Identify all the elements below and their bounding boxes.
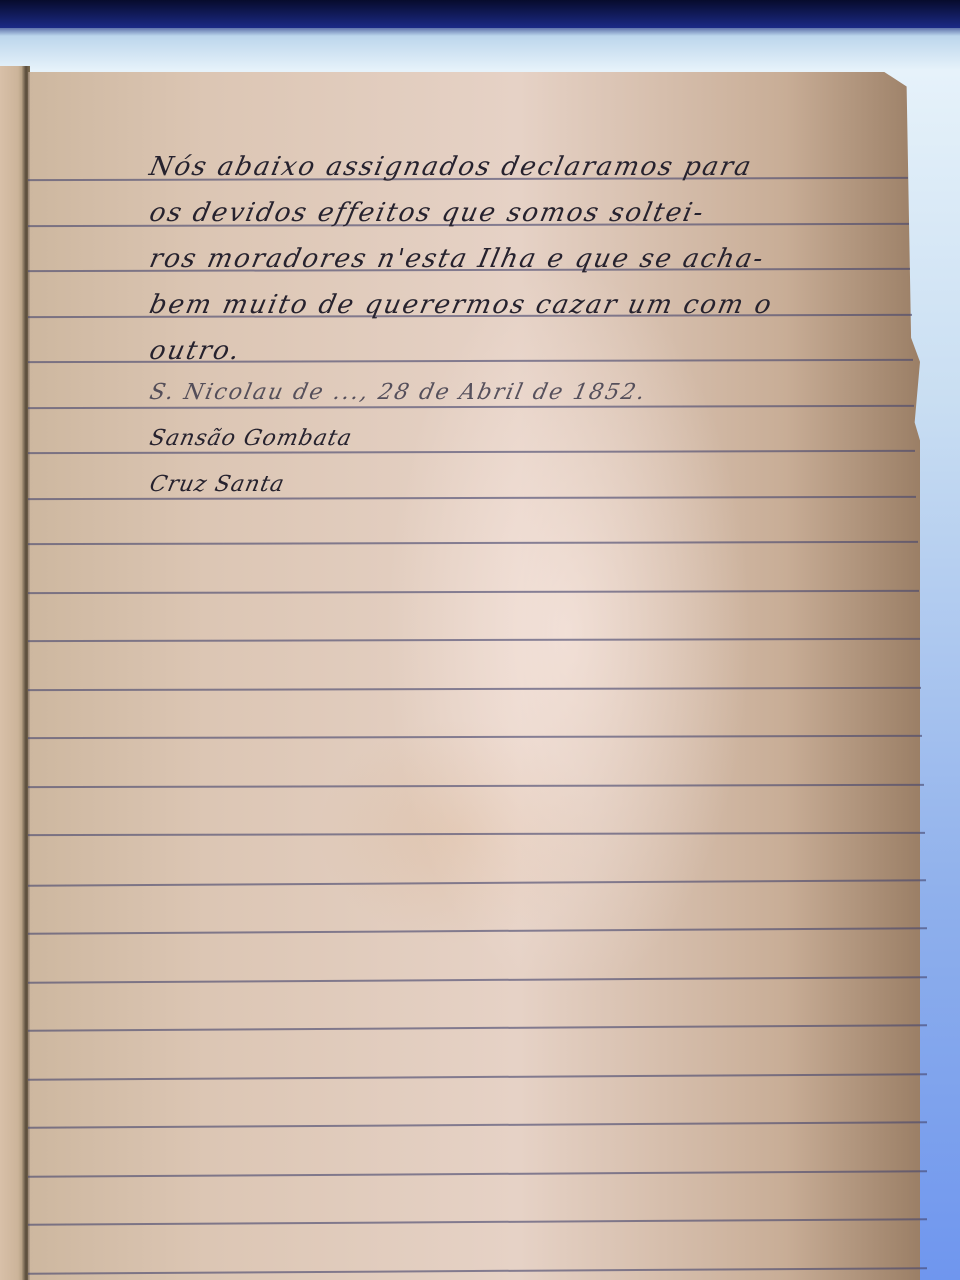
place-date-line: S. Nicolau de ..., 28 de Abril de 1852. <box>147 380 649 405</box>
page-gutter <box>22 66 30 1280</box>
body-line-3: ros moradores n'esta Ilha e que se acha- <box>147 244 768 274</box>
signature-2: Cruz Santa <box>147 472 287 497</box>
dark-backdrop-band <box>0 0 960 28</box>
body-line-1: Nós abaixo assignados declaramos para <box>147 152 756 182</box>
signature-1: Sansão Gombata <box>147 426 354 451</box>
body-line-4: bem muito de querermos cazar um com o <box>147 290 776 320</box>
body-line-2: os devidos effeitos que somos soltei- <box>147 198 708 228</box>
body-line-5: outro. <box>147 336 244 366</box>
